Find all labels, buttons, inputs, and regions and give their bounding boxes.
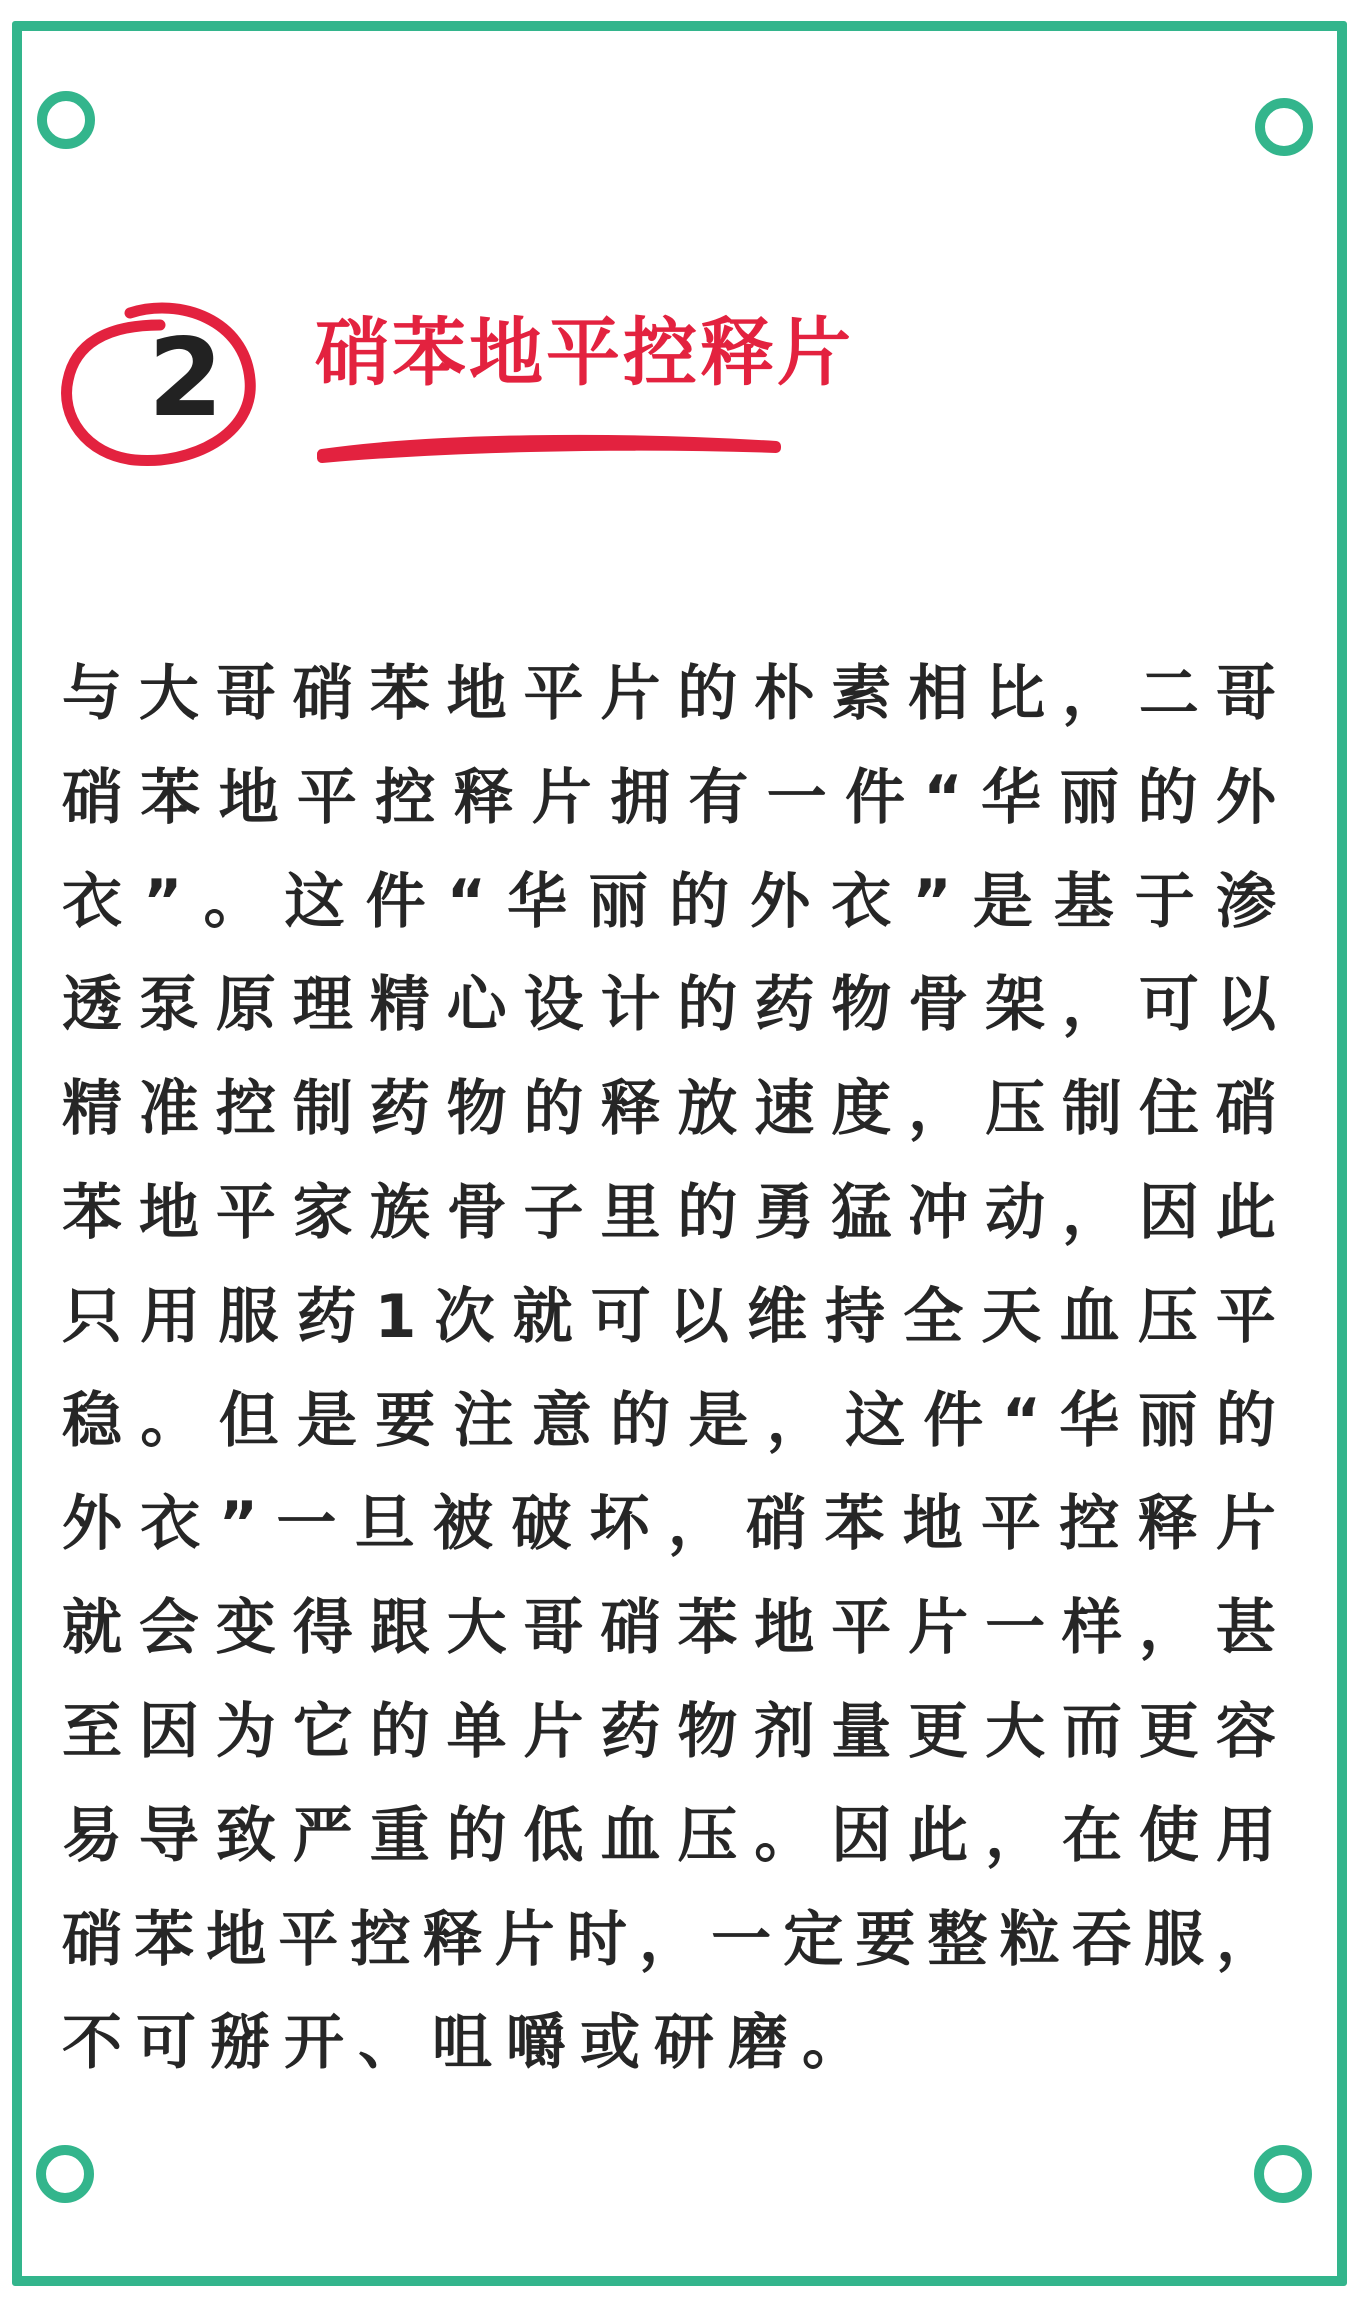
title-underline-stroke (314, 428, 784, 464)
body-line: 不可掰开、咀嚼或研磨。 (62, 1999, 1276, 2103)
body-line: 精准控制药物的释放速度，压制住硝 (62, 1065, 1276, 1169)
body-line: 硝苯地平控释片拥有一件“华丽的外 (62, 754, 1276, 858)
section-number: 2 (148, 325, 223, 433)
corner-ring-icon-top-left (37, 91, 95, 149)
corner-ring-icon-bottom-right (1254, 2145, 1312, 2203)
section-title: 硝苯地平控释片 (315, 316, 854, 390)
section-number-badge: 2 (60, 285, 260, 475)
body-line: 透泵原理精心设计的药物骨架，可以 (62, 961, 1276, 1065)
body-line: 硝苯地平控释片时，一定要整粒吞服， (62, 1896, 1276, 2000)
body-line: 衣”。这件“华丽的外衣”是基于渗 (62, 858, 1276, 962)
corner-ring-icon-top-right (1255, 98, 1313, 156)
body-line: 稳。但是要注意的是，这件“华丽的 (62, 1377, 1276, 1481)
body-line: 与大哥硝苯地平片的朴素相比，二哥 (62, 650, 1276, 754)
body-line: 易导致严重的低血压。因此，在使用 (62, 1792, 1276, 1896)
body-line: 外衣”一旦被破坏，硝苯地平控释片 (62, 1480, 1276, 1584)
body-paragraph: 与大哥硝苯地平片的朴素相比，二哥 硝苯地平控释片拥有一件“华丽的外 衣”。这件“… (62, 650, 1276, 2103)
body-line: 只用服药1次就可以维持全天血压平 (62, 1273, 1276, 1377)
body-line: 就会变得跟大哥硝苯地平片一样，甚 (62, 1584, 1276, 1688)
body-line: 苯地平家族骨子里的勇猛冲动，因此 (62, 1169, 1276, 1273)
corner-ring-icon-bottom-left (36, 2145, 94, 2203)
body-line: 至因为它的单片药物剂量更大而更容 (62, 1688, 1276, 1792)
